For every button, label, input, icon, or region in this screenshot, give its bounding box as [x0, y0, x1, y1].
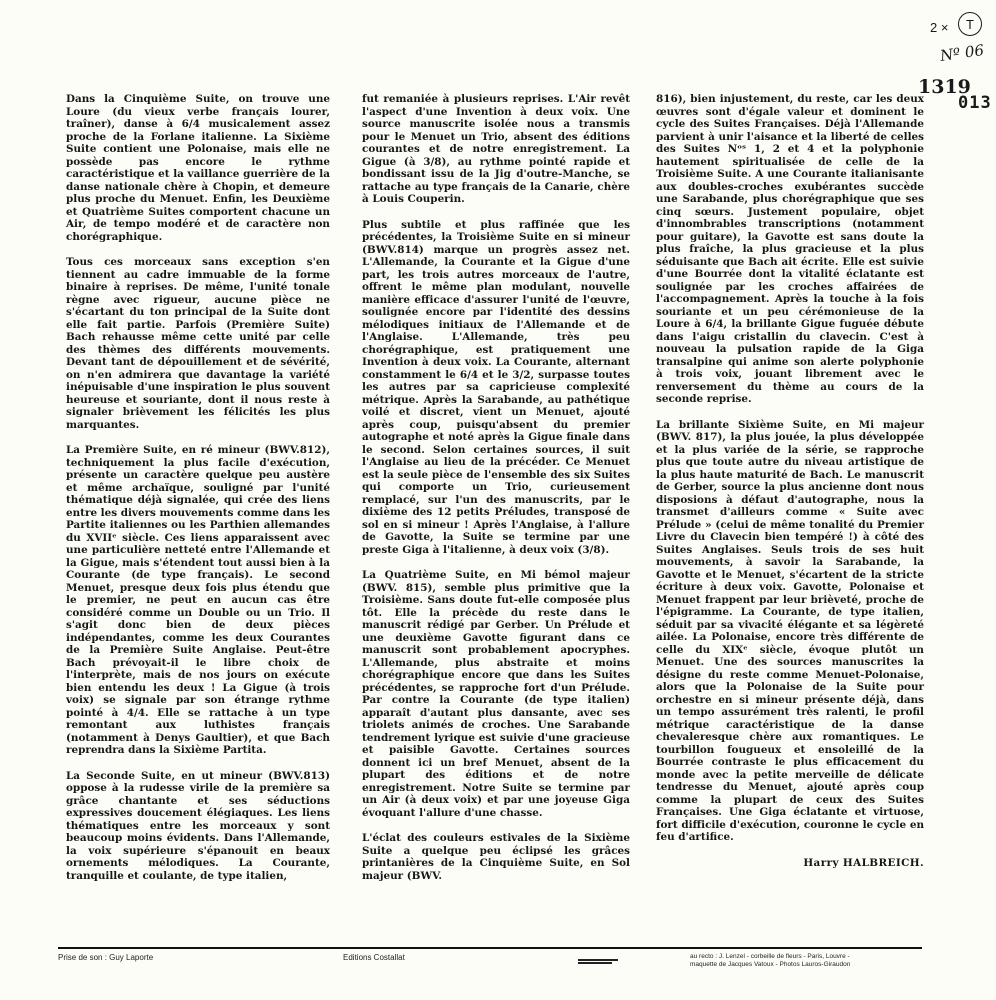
- copy-count-marker: 2 ×: [930, 20, 948, 35]
- publisher-credit: Editions Costallat: [343, 953, 405, 962]
- paragraph: Dans la Cinquième Suite, on trouve une L…: [66, 93, 330, 243]
- paragraph: La Première Suite, en ré mineur (BWV.812…: [66, 444, 330, 757]
- author-signature: Harry HALBREICH.: [656, 857, 924, 870]
- paragraph: 816), bien injustement, du reste, car le…: [656, 93, 924, 406]
- footer-divider: [58, 947, 922, 949]
- design-credits: au recto : J. Lenzel - corbeille de fleu…: [690, 953, 910, 969]
- design-credit-line: au recto : J. Lenzel - corbeille de fleu…: [690, 953, 910, 961]
- sound-engineer-credit: Prise de son : Guy Laporte: [58, 953, 153, 962]
- paragraph: Plus subtile et plus raffinée que les pr…: [362, 219, 630, 557]
- paragraph: fut remaniée à plusieurs reprises. L'Air…: [362, 93, 630, 206]
- paragraph: L'éclat des couleurs estivales de la Six…: [362, 832, 630, 882]
- sub-number: 013: [958, 93, 992, 113]
- record-sleeve-page: 2 × T Nº 06 1319 013 Dans la Cinquième S…: [0, 0, 996, 1000]
- circled-letter-stamp: T: [958, 12, 982, 36]
- label-logo-icon: [578, 958, 624, 968]
- text-column-2: fut remaniée à plusieurs reprises. L'Air…: [362, 93, 630, 895]
- paragraph: La brillante Sixième Suite, en Mi majeur…: [656, 419, 924, 844]
- text-column-1: Dans la Cinquième Suite, on trouve une L…: [66, 93, 330, 895]
- paragraph: La Seconde Suite, en ut mineur (BWV.813)…: [66, 770, 330, 883]
- handwritten-note: Nº 06: [939, 41, 985, 65]
- paragraph: Tous ces morceaux sans exception s'en ti…: [66, 256, 330, 431]
- design-credit-line: maquette de Jacques Vatoux - Photos Laur…: [690, 961, 910, 969]
- paragraph: La Quatrième Suite, en Mi bémol majeur (…: [362, 569, 630, 819]
- text-column-3: 816), bien injustement, du reste, car le…: [656, 93, 924, 882]
